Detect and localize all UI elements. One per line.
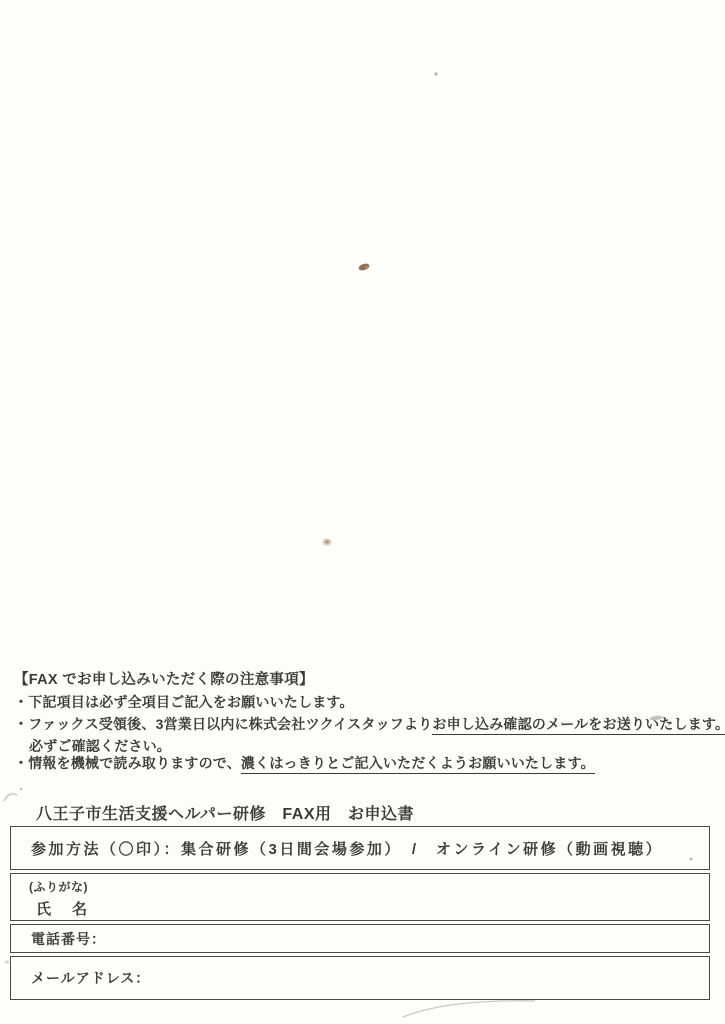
paper-speck [5, 961, 9, 964]
form-row-phone: 電話番号： [10, 924, 710, 953]
notice-item-confirmation-mail-underlined: お申し込み確認のメールをお送りいたします。 [432, 716, 725, 735]
notice-item-fill-all-fields: ・下記項目は必ず全項目ご記入をお願いいたします。 [14, 692, 354, 712]
email-label: メールアドレス： [11, 968, 150, 988]
scanned-fax-form-page: 【FAX でお申し込みいただく際の注意事項】 ・下記項目は必ず全項目ご記入をお願… [0, 0, 725, 1024]
pencil-scribble [4, 794, 17, 801]
form-row-email: メールアドレス： [10, 956, 710, 1000]
form-row-name: (ふりがな) 氏 名 [10, 873, 710, 921]
paper-artifacts-layer [0, 0, 725, 1024]
paper-hairline-crease [403, 1001, 535, 1017]
notice-heading: 【FAX でお申し込みいただく際の注意事項】 [14, 668, 314, 689]
notice-item-machine-read-underlined: 濃くはっきりとご記入いただくようお願いいたします。 [241, 755, 595, 774]
paper-speck [434, 72, 437, 75]
form-title: 八王子市生活支援ヘルパー研修 FAX用 お申込書 [36, 801, 414, 824]
paper-speck [20, 788, 22, 790]
notice-item-machine-read-text: ・情報を機械で読み取りますので、 [14, 755, 241, 771]
paper-speck [323, 539, 332, 546]
name-label: 氏 名 [36, 898, 90, 919]
notice-item-machine-read: ・情報を機械で読み取りますので、濃くはっきりとご記入いただくようお願いいたします… [14, 753, 595, 773]
furigana-label: (ふりがな) [29, 878, 88, 895]
form-row-participation-method: 参加方法（〇印）：集合研修（3日間会場参加） / オンライン研修（動画視聴） [10, 826, 710, 870]
notice-item-confirmation-mail-text: ・ファックス受領後、3営業日以内に株式会社ツクイスタッフより [14, 716, 432, 732]
paper-speck [358, 262, 370, 271]
phone-label: 電話番号： [11, 929, 106, 949]
participation-method-label: 参加方法（〇印）：集合研修（3日間会場参加） / オンライン研修（動画視聴） [11, 838, 663, 859]
notice-item-confirmation-mail: ・ファックス受領後、3営業日以内に株式会社ツクイスタッフよりお申し込み確認のメー… [14, 714, 725, 734]
